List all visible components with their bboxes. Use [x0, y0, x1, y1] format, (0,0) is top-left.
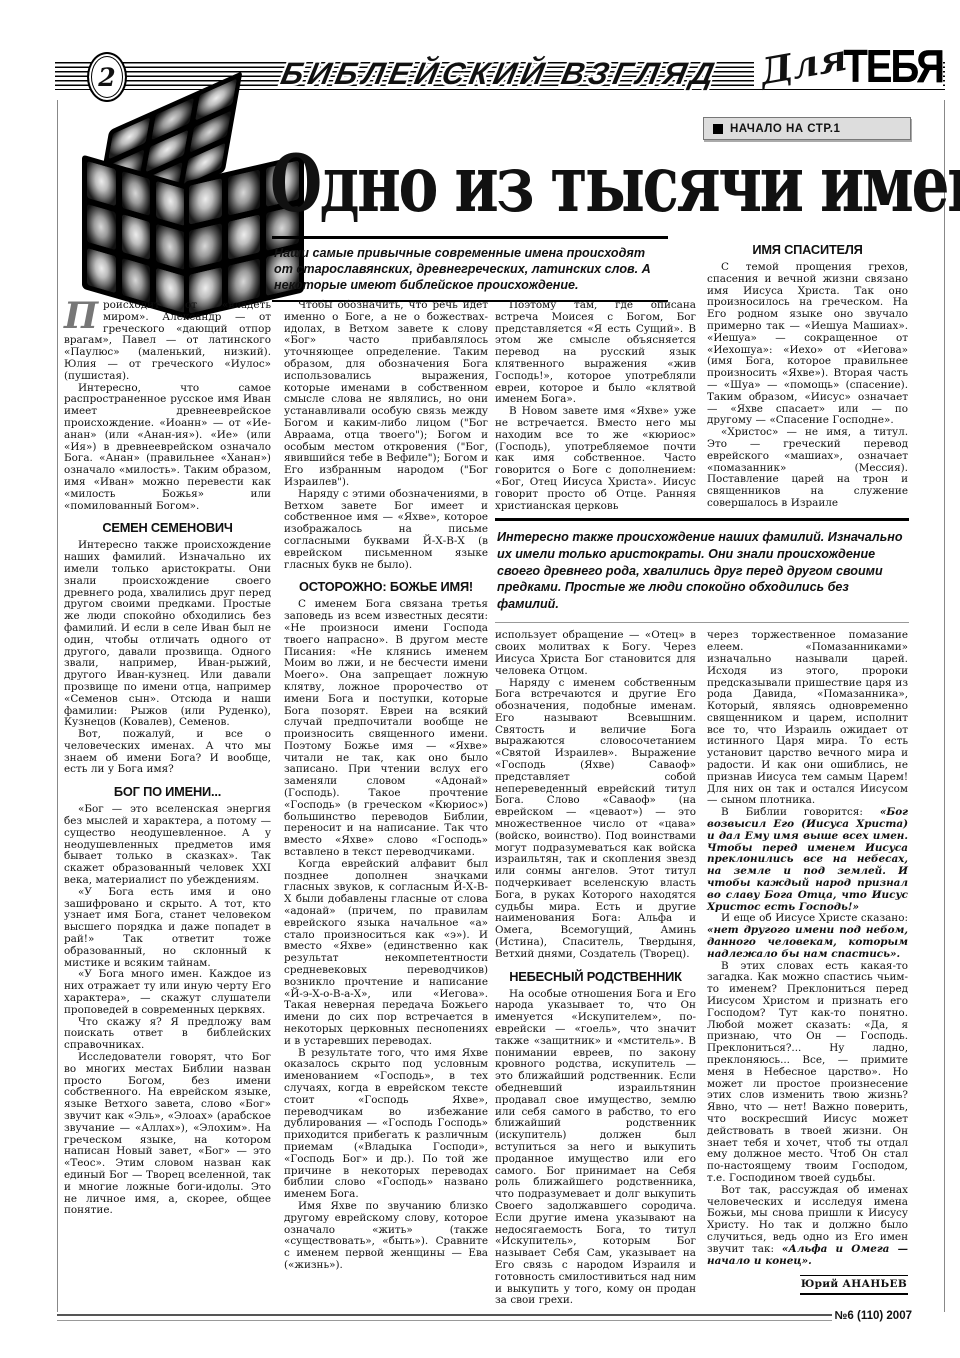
section-heading-semyon: СЕМЕН СЕМЕНОВИЧ [64, 520, 271, 535]
paragraph: В Новом завете имя «Яхве» уже не встреча… [495, 406, 696, 512]
column-4-bottom: через торжественное помазание елеем. «По… [707, 630, 908, 1307]
cube-tile [121, 170, 152, 218]
paragraph: Что скажу я? Я предложу вам поискать отв… [64, 1017, 271, 1052]
right-column-zone: Поэтому там, где описана встреча Моисея … [495, 234, 909, 1307]
paragraph: Чтобы обозначить, что речь идет именно о… [284, 300, 488, 489]
section-heading-god-by-name: БОГ ПО ИМЕНИ... [64, 784, 271, 799]
paragraph: «У Бога много имен. Каждое из них отража… [64, 969, 271, 1016]
bible-quote: «Бог возвысил Его (Иисуса Христа) и дал … [707, 806, 908, 912]
cube-tile [121, 256, 152, 304]
cube-tile [188, 177, 223, 226]
cube-tile [155, 223, 186, 271]
paragraph: С темой прощения грехов, спасения и вечн… [707, 262, 908, 427]
logo-script-word: Для [758, 40, 850, 91]
paragraph: Имя Яхве по звучанию близко другому евре… [284, 1201, 488, 1272]
logo-block-word: ТЕБЯ [843, 44, 943, 90]
paragraph: использует обращение — «Отец» в своих мо… [495, 630, 696, 677]
paragraph: Вот так, рассуждая об именах человечески… [707, 1185, 908, 1268]
author-byline: Юрий АНАНЬЕВ [707, 1275, 908, 1295]
bible-quote: «нет другого имени под небом, данного че… [707, 924, 908, 960]
cube-tile [227, 168, 262, 217]
cube-tile [86, 160, 117, 208]
paragraph: «У Бога есть имя и оно зашифровано и скр… [64, 887, 271, 970]
paragraph: Интересно, что самое распространенное ру… [64, 383, 271, 513]
column-1: Происходит от «владеть миром». Александр… [64, 300, 271, 1217]
paragraph: «Бог — это вселенская энергия без мыслей… [64, 804, 271, 887]
cube-tile [121, 213, 152, 261]
cube-tile [86, 246, 117, 294]
paragraph: И еще об Иисусе Христе сказано: «нет дру… [707, 913, 908, 960]
paragraph: «Христос» — не имя, а титул. Это — грече… [707, 427, 908, 510]
section-heading-saviors-name: ИМЯ СПАСИТЕЛЯ [707, 242, 908, 257]
columns-3-4-top: Поэтому там, где описана встреча Моисея … [495, 234, 909, 512]
paragraph: Исследователи говорят, что Бог во многих… [64, 1052, 271, 1217]
cube-tile [86, 203, 117, 251]
column-2: Чтобы обозначить, что речь идет именно о… [284, 300, 488, 1272]
paragraph: через торжественное помазание елеем. «По… [707, 630, 908, 807]
issue-number: №6 (110) 2007 [835, 1310, 912, 1322]
newspaper-logo: Для ТЕБЯ [754, 47, 943, 87]
paragraph: Вот, пожалуй, и все о человеческих имена… [64, 729, 271, 776]
paragraph: В этих словах есть какая-то загадка. Как… [707, 961, 908, 1185]
column-4-top: ИМЯ СПАСИТЕЛЯ С темой прощения грехов, с… [707, 234, 908, 512]
column-3-top: Поэтому там, где описана встреча Моисея … [495, 234, 696, 512]
column-3-bottom: использует обращение — «Отец» в своих мо… [495, 630, 696, 1307]
section-heading-warning: ОСТОРОЖНО: БОЖЬЕ ИМЯ! [284, 579, 488, 594]
page-number: 2 [87, 52, 127, 102]
pull-quote-callout: Интересно также происхождение наших фами… [495, 518, 909, 623]
paragraph: Наряду с этими обозначениями, в Ветхом з… [284, 489, 488, 572]
footer-rule [57, 1314, 832, 1321]
paragraph: В результате того, что имя Яхве оказалос… [284, 1048, 488, 1201]
paragraph: В Библии говорится: «Бог возвысил Его (И… [707, 807, 908, 913]
cube-tile [188, 222, 223, 271]
cube-tile [155, 180, 186, 228]
columns-3-4-bottom: использует обращение — «Отец» в своих мо… [495, 630, 909, 1307]
article-title: Одно из тысячи имен [270, 130, 811, 242]
section-title: БИБЛЕЙСКИЙ ВЗГЛЯД [226, 56, 774, 92]
paragraph: Происходит от «владеть миром». Александр… [64, 300, 271, 383]
paragraph: Поэтому там, где описана встреча Моисея … [495, 300, 696, 406]
page-header: 2 БИБЛЕЙСКИЙ ВЗГЛЯД Для ТЕБЯ [55, 55, 945, 97]
paragraph: На особые отношения Бога и Его народа ук… [495, 989, 696, 1308]
drop-cap: П [64, 301, 98, 331]
section-heading-heavenly-kinsman: НЕБЕСНЫЙ РОДСТВЕННИК [495, 969, 696, 984]
paragraph: Наряду с именем собственным Бога встреча… [495, 678, 696, 961]
paragraph: Когда еврейский алфавит был позднее допо… [284, 859, 488, 1048]
paragraph: Интересно также происхождение наших фами… [64, 540, 271, 729]
author-name: Юрий АНАНЬЕВ [800, 1275, 908, 1295]
paragraph: С именем Бога связана третья заповедь из… [284, 599, 488, 859]
cube-tile [227, 213, 262, 262]
